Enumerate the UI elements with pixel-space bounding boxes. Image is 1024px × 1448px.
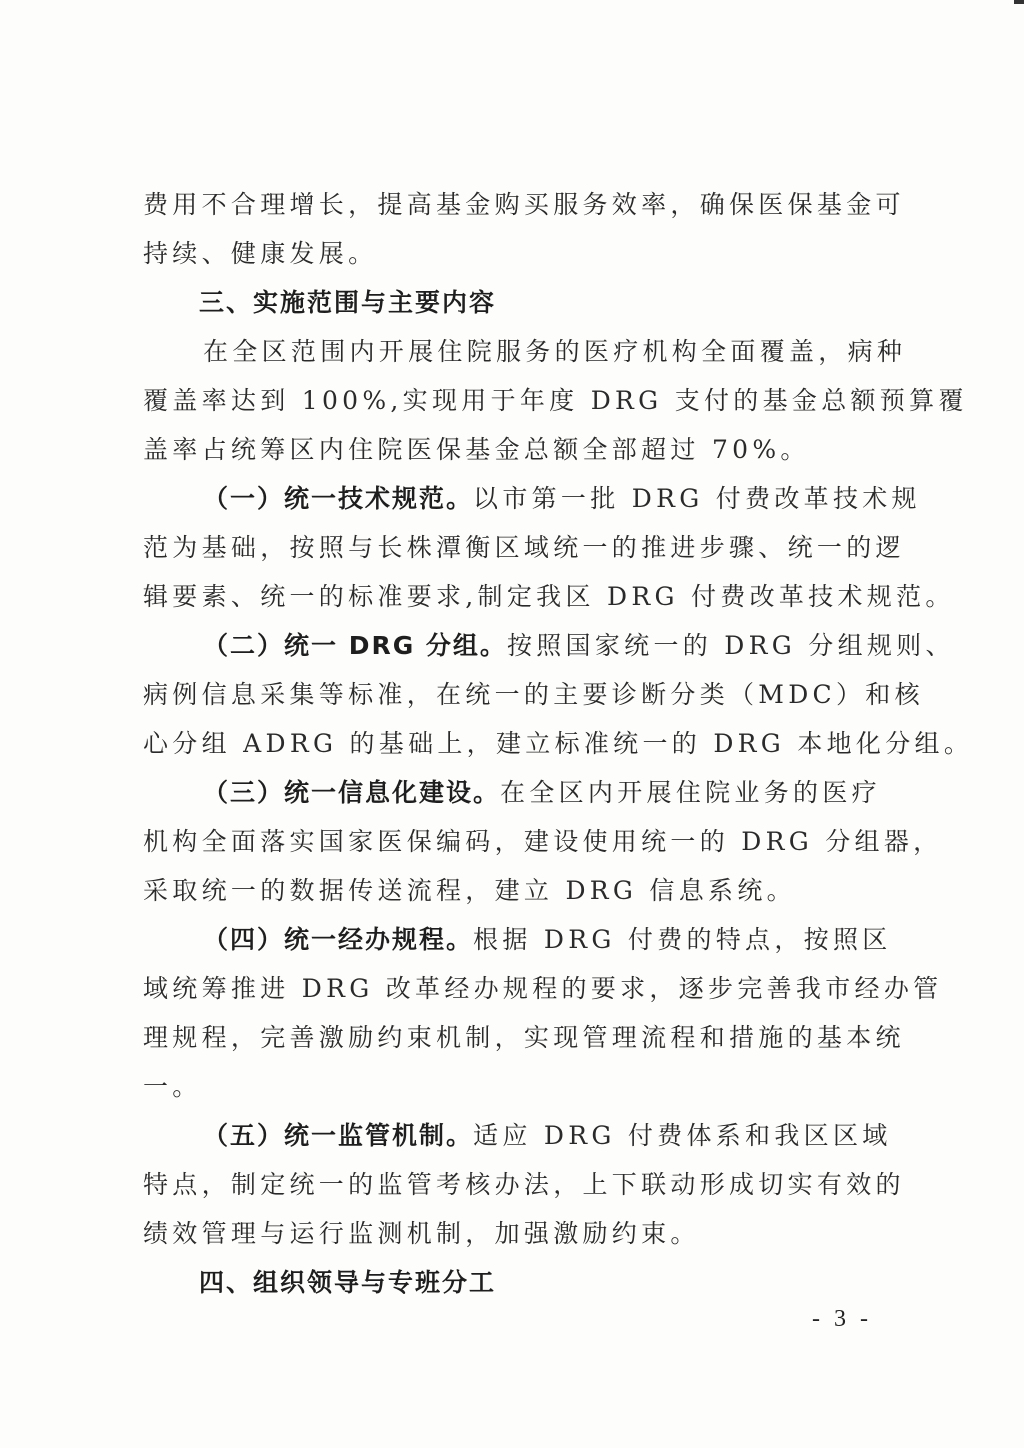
item-title: （二）统一 DRG 分组。 bbox=[203, 631, 507, 660]
item-title: （三）统一信息化建设。 bbox=[203, 778, 500, 807]
text-line: 绩效管理与运行监测机制，加强激励约束。 bbox=[143, 1209, 855, 1258]
text-line: 费用不合理增长，提高基金购买服务效率，确保医保基金可 bbox=[143, 180, 855, 229]
item-text: 以市第一批 DRG 付费改革技术规 bbox=[473, 484, 921, 513]
text-line: 覆盖率达到 100%,实现用于年度 DRG 支付的基金总额预算覆 bbox=[143, 376, 855, 425]
text-line: 机构全面落实国家医保编码，建设使用统一的 DRG 分组器， bbox=[143, 817, 855, 866]
item-title: （一）统一技术规范。 bbox=[203, 484, 473, 513]
item-1-first-line: （一）统一技术规范。以市第一批 DRG 付费改革技术规 bbox=[143, 474, 855, 523]
text-line: 采取统一的数据传送流程，建立 DRG 信息系统。 bbox=[143, 866, 855, 915]
section-heading-4: 四、组织领导与专班分工 bbox=[143, 1258, 855, 1307]
text-line: 持续、健康发展。 bbox=[143, 229, 855, 278]
text-line: 一。 bbox=[143, 1062, 855, 1111]
item-5-first-line: （五）统一监管机制。适应 DRG 付费体系和我区区域 bbox=[143, 1111, 855, 1160]
item-title: （五）统一监管机制。 bbox=[203, 1121, 473, 1150]
text-line: 特点，制定统一的监管考核办法，上下联动形成切实有效的 bbox=[143, 1160, 855, 1209]
item-text: 适应 DRG 付费体系和我区区域 bbox=[473, 1121, 892, 1150]
page-number: - 3 - bbox=[812, 1306, 872, 1333]
item-text: 在全区内开展住院业务的医疗 bbox=[500, 778, 881, 807]
document-body: 费用不合理增长，提高基金购买服务效率，确保医保基金可 持续、健康发展。 三、实施… bbox=[143, 180, 855, 1307]
item-3-first-line: （三）统一信息化建设。在全区内开展住院业务的医疗 bbox=[143, 768, 855, 817]
text-line: 辑要素、统一的标准要求,制定我区 DRG 付费改革技术规范。 bbox=[143, 572, 855, 621]
text-line: 病例信息采集等标准，在统一的主要诊断分类（MDC）和核 bbox=[143, 670, 855, 719]
item-2-first-line: （二）统一 DRG 分组。按照国家统一的 DRG 分组规则、 bbox=[143, 621, 855, 670]
item-4-first-line: （四）统一经办规程。根据 DRG 付费的特点，按照区 bbox=[143, 915, 855, 964]
scan-artifact bbox=[1014, 0, 1024, 4]
section-heading-3: 三、实施范围与主要内容 bbox=[143, 278, 855, 327]
text-line: 域统筹推进 DRG 改革经办规程的要求，逐步完善我市经办管 bbox=[143, 964, 855, 1013]
item-text: 根据 DRG 付费的特点，按照区 bbox=[473, 925, 892, 954]
item-title: （四）统一经办规程。 bbox=[203, 925, 473, 954]
text-line: 范为基础，按照与长株潭衡区域统一的推进步骤、统一的逻 bbox=[143, 523, 855, 572]
item-text: 按照国家统一的 DRG 分组规则、 bbox=[507, 631, 955, 660]
text-line: 在全区范围内开展住院服务的医疗机构全面覆盖，病种 bbox=[143, 327, 855, 376]
text-line: 心分组 ADRG 的基础上，建立标准统一的 DRG 本地化分组。 bbox=[143, 719, 855, 768]
text-line: 理规程，完善激励约束机制，实现管理流程和措施的基本统 bbox=[143, 1013, 855, 1062]
text-line: 盖率占统筹区内住院医保基金总额全部超过 70%。 bbox=[143, 425, 855, 474]
